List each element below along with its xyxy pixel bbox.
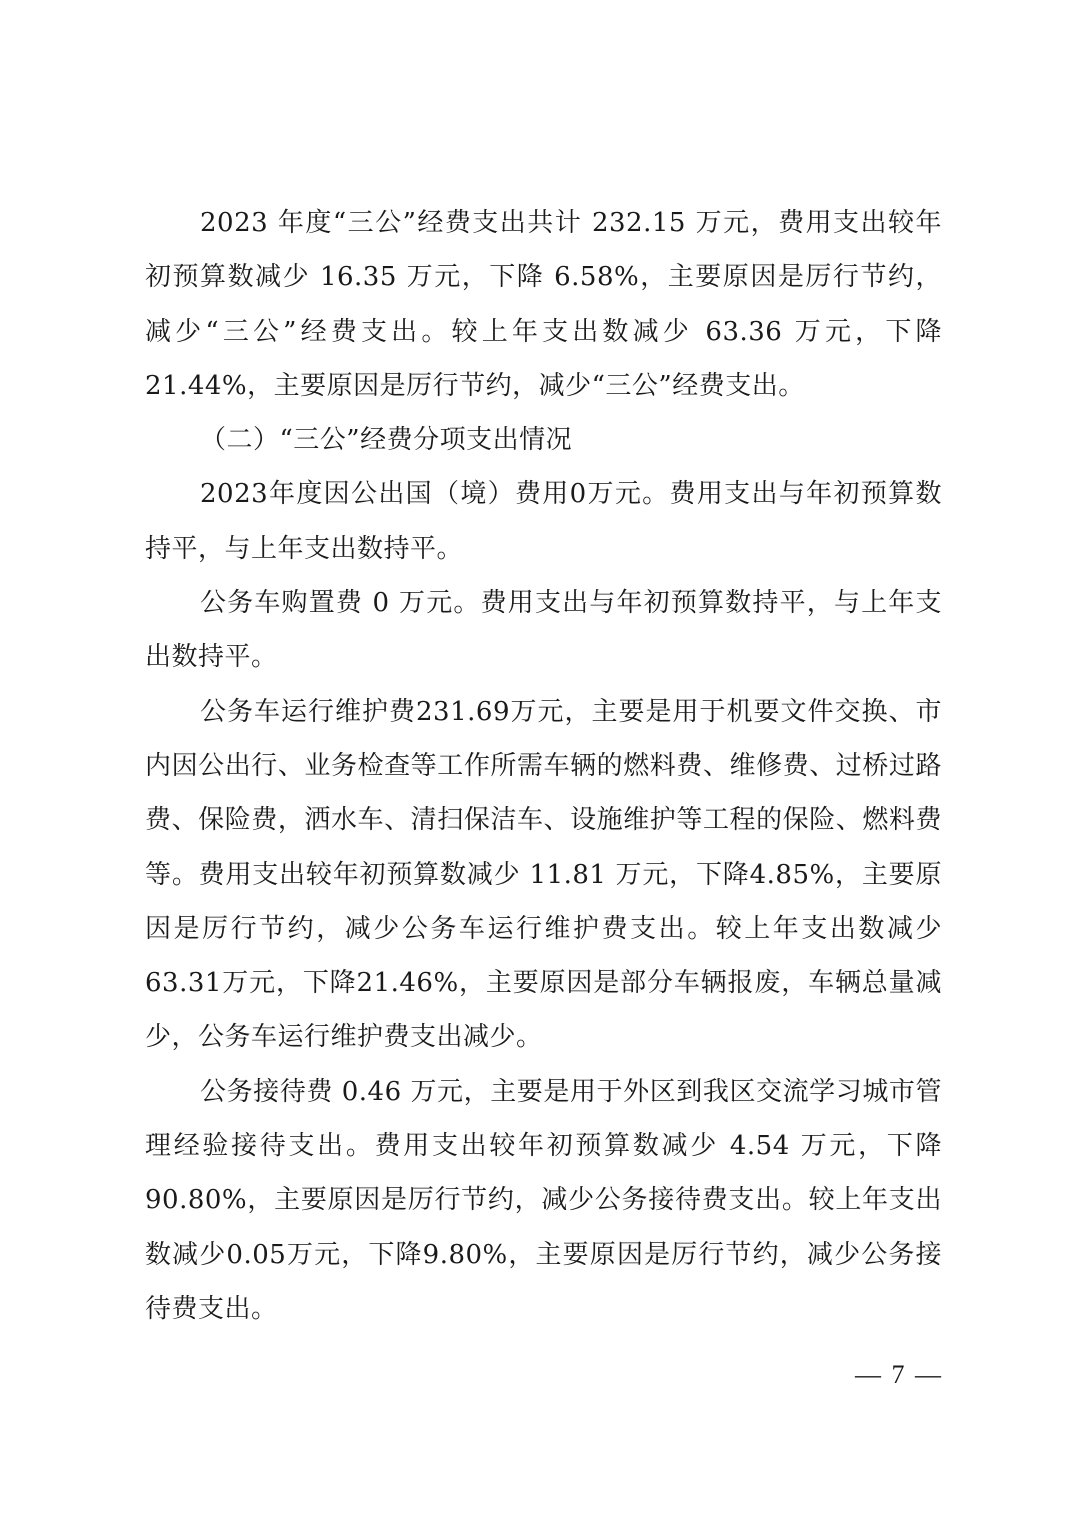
summary-paragraph: 2023 年度“三公”经费支出共计 232.15 万元，费用支出较年初预算数减少… <box>145 196 942 413</box>
vehicle-maintenance-paragraph: 公务车运行维护费231.69万元，主要是用于机要文件交换、市内因公出行、业务检查… <box>145 685 942 1065</box>
overseas-travel-paragraph: 2023年度因公出国（境）费用0万元。费用支出与年初预算数持平，与上年支出数持平… <box>145 467 942 576</box>
document-page: 2023 年度“三公”经费支出共计 232.15 万元，费用支出较年初预算数减少… <box>145 196 942 1336</box>
vehicle-purchase-paragraph: 公务车购置费 0 万元。费用支出与年初预算数持平，与上年支出数持平。 <box>145 576 942 685</box>
page-number: — 7 — <box>855 1360 943 1390</box>
reception-paragraph: 公务接待费 0.46 万元，主要是用于外区到我区交流学习城市管理经验接待支出。费… <box>145 1065 942 1336</box>
section-heading: （二）“三公”经费分项支出情况 <box>145 413 942 467</box>
